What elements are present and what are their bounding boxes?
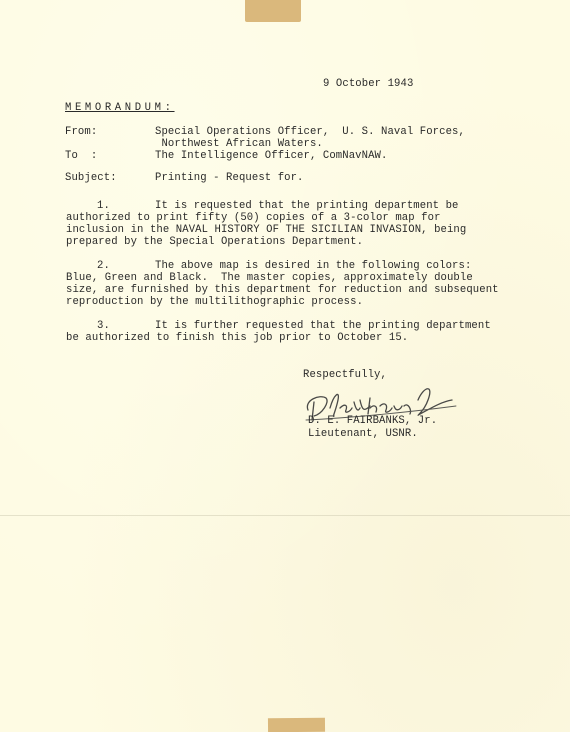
paragraph-3-line: be authorized to finish this job prior t… bbox=[66, 332, 408, 344]
to-value: The Intelligence Officer, ComNavNAW. bbox=[155, 150, 387, 162]
paragraph-2-number: 2. bbox=[97, 260, 110, 272]
paper-fold-line bbox=[0, 515, 570, 516]
paragraph-3-number: 3. bbox=[97, 320, 110, 332]
from-value-line2: Northwest African Waters. bbox=[155, 138, 323, 150]
subject-label: Subject: bbox=[65, 172, 117, 184]
paragraph-1-line: authorized to print fifty (50) copies of… bbox=[66, 212, 441, 224]
memo-title: MEMORANDUM: bbox=[65, 102, 175, 114]
memo-date: 9 October 1943 bbox=[323, 78, 413, 90]
signer-name: D. E. FAIRBANKS, Jr. bbox=[308, 415, 437, 427]
paragraph-1-number: 1. bbox=[97, 200, 110, 212]
signer-rank: Lieutenant, USNR. bbox=[308, 428, 418, 440]
memo-page: 9 October 1943 MEMORANDUM: From: Special… bbox=[0, 0, 570, 732]
to-label: To : bbox=[65, 150, 97, 162]
paragraph-2-line: reproduction by the multilithographic pr… bbox=[66, 296, 363, 308]
paragraph-2-line: Blue, Green and Black. The master copies… bbox=[66, 272, 473, 284]
tape-bottom bbox=[268, 718, 325, 732]
tape-top bbox=[245, 0, 301, 22]
paragraph-1-line: inclusion in the NAVAL HISTORY OF THE SI… bbox=[66, 224, 466, 236]
paragraph-3-line: It is further requested that the printin… bbox=[155, 320, 491, 332]
subject-value: Printing - Request for. bbox=[155, 172, 304, 184]
paragraph-2-line: The above map is desired in the followin… bbox=[155, 260, 471, 272]
from-label: From: bbox=[65, 126, 97, 138]
paragraph-1-line: prepared by the Special Operations Depar… bbox=[66, 236, 363, 248]
from-value-line1: Special Operations Officer, U. S. Naval … bbox=[155, 126, 465, 138]
paragraph-1-line: It is requested that the printing depart… bbox=[155, 200, 459, 212]
paragraph-2-line: size, are furnished by this department f… bbox=[66, 284, 499, 296]
